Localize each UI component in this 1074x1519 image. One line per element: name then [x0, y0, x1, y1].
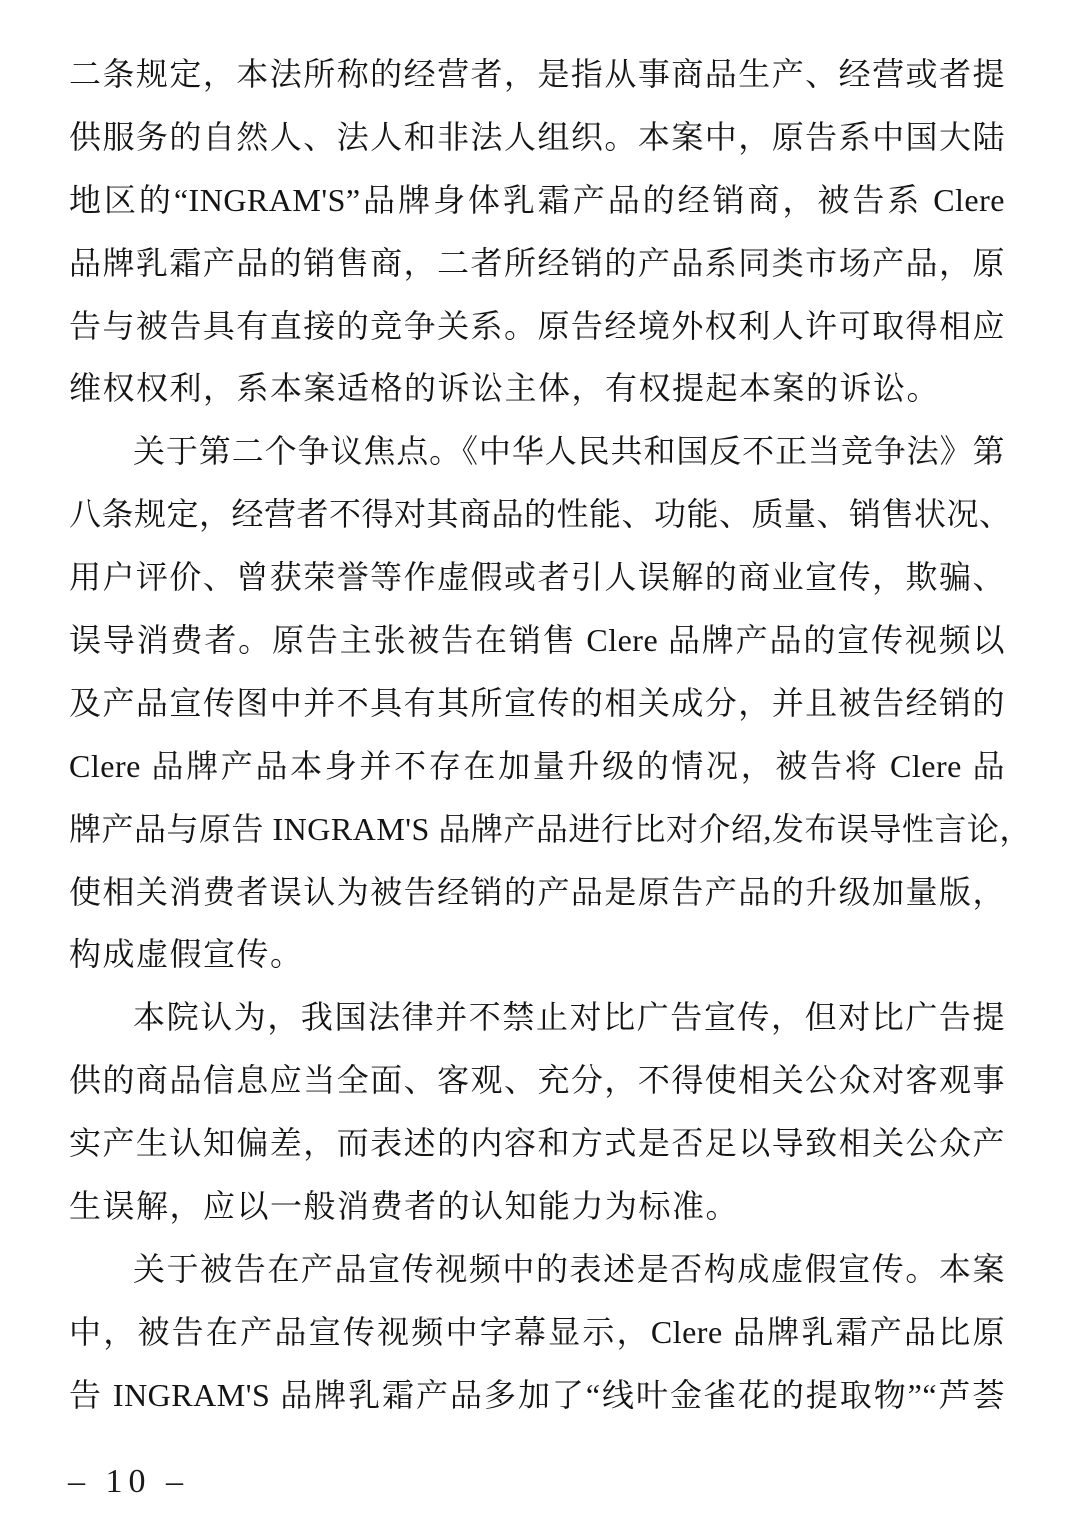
text-line: 用户评价、曾获荣誉等作虚假或者引人误解的商业宣传，欺骗、	[69, 546, 1005, 609]
text-line: 供服务的自然人、法人和非法人组织。本案中，原告系中国大陆	[69, 106, 1005, 169]
page-number: – 10 –	[68, 1460, 189, 1504]
text-line: 告 INGRAM'S 品牌乳霜产品多加了“线叶金雀花的提取物”“芦荟	[69, 1364, 1005, 1427]
text-line: 误导消费者。原告主张被告在销售 Clere 品牌产品的宣传视频以	[69, 609, 1005, 672]
text-line: Clere 品牌产品本身并不存在加量升级的情况，被告将 Clere 品	[69, 735, 1005, 798]
text-line: 地区的“INGRAM'S”品牌身体乳霜产品的经销商，被告系 Clere	[69, 169, 1005, 232]
text-line: 生误解，应以一般消费者的认知能力为标准。	[69, 1175, 1005, 1238]
text-line: 告与被告具有直接的竞争关系。原告经境外权利人许可取得相应	[69, 295, 1005, 358]
text-line: 品牌乳霜产品的销售商，二者所经销的产品系同类市场产品，原	[69, 232, 1005, 295]
text-line: 及产品宣传图中并不具有其所宣传的相关成分，并且被告经销的	[69, 672, 1005, 735]
document-body: 二条规定，本法所称的经营者，是指从事商品生产、经营或者提供服务的自然人、法人和非…	[69, 43, 1005, 1427]
text-line: 二条规定，本法所称的经营者，是指从事商品生产、经营或者提	[69, 43, 1005, 106]
text-line: 八条规定，经营者不得对其商品的性能、功能、质量、销售状况、	[69, 483, 1005, 546]
text-line: 关于被告在产品宣传视频中的表述是否构成虚假宣传。本案	[69, 1238, 1005, 1301]
text-line: 本院认为，我国法律并不禁止对比广告宣传，但对比广告提	[69, 986, 1005, 1049]
text-line: 维权权利，系本案适格的诉讼主体，有权提起本案的诉讼。	[69, 357, 1005, 420]
text-line: 中，被告在产品宣传视频中字幕显示，Clere 品牌乳霜产品比原	[69, 1301, 1005, 1364]
document-page: 二条规定，本法所称的经营者，是指从事商品生产、经营或者提供服务的自然人、法人和非…	[0, 0, 1074, 1519]
text-line: 关于第二个争议焦点。《中华人民共和国反不正当竞争法》第	[69, 420, 1005, 483]
text-line: 使相关消费者误认为被告经销的产品是原告产品的升级加量版，	[69, 861, 1005, 924]
text-line: 实产生认知偏差，而表述的内容和方式是否足以导致相关公众产	[69, 1112, 1005, 1175]
text-line: 供的商品信息应当全面、客观、充分，不得使相关公众对客观事	[69, 1049, 1005, 1112]
text-line: 牌产品与原告 INGRAM'S 品牌产品进行比对介绍,发布误导性言论，	[69, 798, 1005, 861]
text-line: 构成虚假宣传。	[69, 923, 1005, 986]
